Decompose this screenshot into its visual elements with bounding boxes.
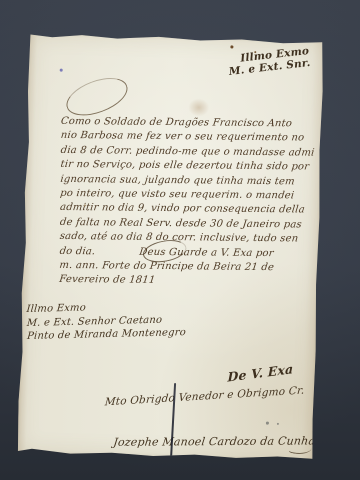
paper-speck <box>277 423 279 425</box>
paper-speck <box>254 51 256 53</box>
addressee-line: Pinto de Miranda Montenegro <box>27 326 187 343</box>
paper-speck <box>266 422 269 425</box>
closing-salute: De V. Exa <box>228 361 294 385</box>
paper-speck <box>84 204 86 206</box>
signature: Jozephe Manoel Cardozo da Cunha <box>113 434 316 448</box>
salutation-block: Illmo ExmoM. e Ext. Snr. <box>227 45 311 78</box>
body-line: Fevereiro de 1811 <box>58 273 316 290</box>
photo-background: Illmo ExmoM. e Ext. Snr. Como o Soldado … <box>0 0 360 480</box>
letter-paper: Illmo ExmoM. e Ext. Snr. Como o Soldado … <box>17 33 325 461</box>
letter-body: Como o Soldado de Dragões Francisco Anto… <box>59 115 317 291</box>
paper-speck <box>230 45 233 48</box>
addressee-block: Illmo ExmoM. e Ext. Senhor CaetanoPinto … <box>26 299 186 343</box>
closing-courtesy: Mto Obrigdo Venedor e Obrigmo Cr. <box>104 384 320 409</box>
paper-speck <box>60 69 63 72</box>
